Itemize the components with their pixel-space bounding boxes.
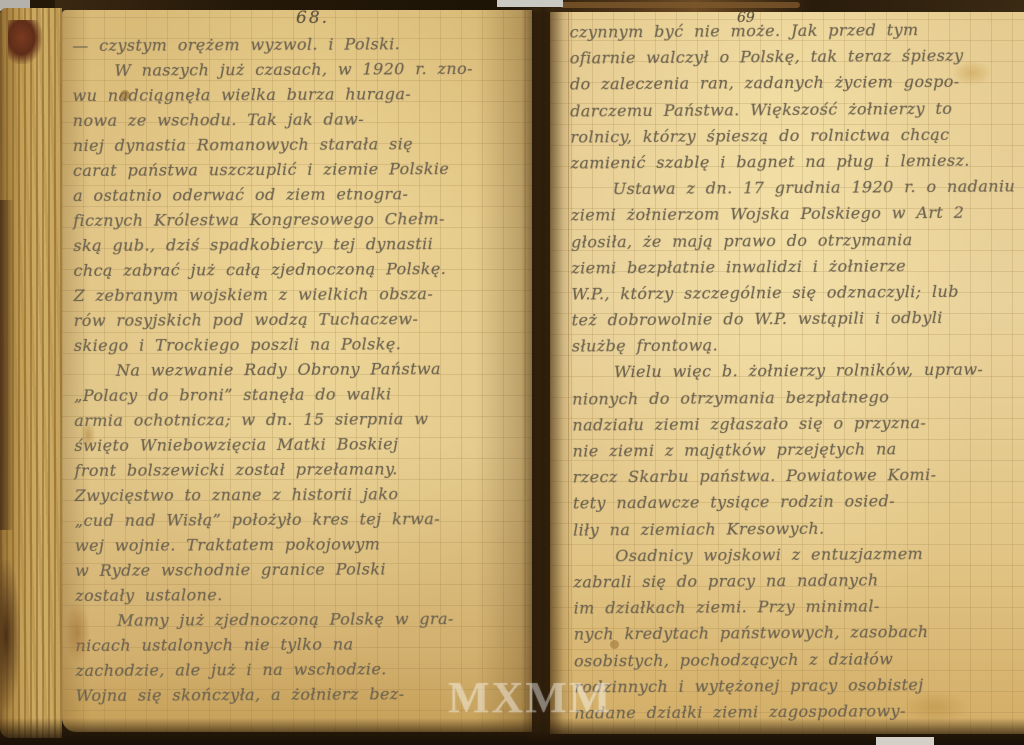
handwritten-line: zachodzie, ale już i na wschodzie. (76, 656, 477, 683)
handwritten-line: zamienić szablę i bagnet na pług i lemie… (570, 147, 1015, 176)
handwritten-line: skiego i Trockiego poszli na Polskę. (74, 331, 475, 358)
handwritten-line: wu nadciągnęła wielka burza huraga- (72, 81, 473, 108)
archive-watermark: MXMM (448, 672, 612, 723)
handwritten-line: osobistych, pochodzących z działów (574, 645, 1019, 674)
handwritten-line: ską gub., dziś spadkobiercy tej dynastii (73, 231, 474, 258)
handwritten-line: „cud nad Wisłą” położyło kres tej krwa- (75, 506, 476, 533)
handwritten-line: głosiła, że mają prawo do otrzymania (571, 226, 1016, 255)
handwritten-line: Wojna się skończyła, a żołnierz bez- (76, 681, 477, 708)
handwritten-line: zostały ustalone. (75, 581, 476, 608)
handwritten-line: ziemi bezpłatnie inwalidzi i żołnierze (571, 252, 1016, 281)
handwritten-line: W.P., którzy szczególnie się odznaczyli;… (571, 278, 1016, 307)
handwritten-line: rów rosyjskich pod wodzą Tuchaczew- (74, 306, 475, 333)
handwritten-line: im działkach ziemi. Przy minimal- (574, 593, 1019, 622)
handwritten-line: darczemu Państwa. Większość żołnierzy to (570, 95, 1015, 124)
background-sliver (497, 0, 563, 7)
handwritten-line: też dobrowolnie do W.P. wstąpili i odbyl… (572, 305, 1017, 334)
handwritten-line: nych kredytach państwowych, zasobach (574, 619, 1019, 648)
binding-tear (560, 2, 800, 8)
paper-stain (952, 60, 992, 86)
handwritten-line: front bolszewicki został przełamany. (74, 456, 475, 483)
background-sliver-bottom (876, 737, 934, 745)
handwritten-line: rolnicy, którzy śpieszą do rolnictwa chc… (570, 121, 1015, 150)
handwritten-line: nionych do otrzymania bezpłatnego (572, 383, 1017, 412)
handwritten-line: „Polacy do broni” stanęła do walki (74, 381, 475, 408)
handwritten-line: Zwycięstwo to znane z historii jako (75, 481, 476, 508)
page-edge-tear (8, 20, 42, 64)
right-page-handwriting: czynnym być nie może. Jak przed tymofiar… (570, 16, 1019, 726)
handwritten-line: święto Wniebowzięcia Matki Boskiej (74, 431, 475, 458)
handwritten-line: Z zebranym wojskiem z wielkich obsza- (74, 281, 475, 308)
margin-rule (568, 12, 569, 734)
handwritten-line: nadziału ziemi zgłaszało się o przyzna- (572, 409, 1017, 438)
handwritten-line: Wielu więc b. żołnierzy rolników, upraw- (572, 357, 1017, 386)
handwritten-line: a ostatnio oderwać od ziem etnogra- (73, 181, 474, 208)
handwritten-line: carat państwa uszczuplić i ziemie Polski… (73, 156, 474, 183)
handwritten-line: Osadnicy wojskowi z entuzjazmem (573, 540, 1018, 569)
handwritten-line: służbę frontową. (572, 331, 1017, 360)
handwritten-line: do zaleczenia ran, zadanych życiem gospo… (570, 69, 1015, 98)
paper-speck (120, 90, 130, 100)
handwritten-line: rzecz Skarbu państwa. Powiatowe Komi- (573, 462, 1018, 491)
handwritten-line: armia ochotnicza; w dn. 15 sierpnia w (74, 406, 475, 433)
paper-speck (610, 640, 619, 649)
handwritten-line: nowa ze wschodu. Tak jak daw- (73, 106, 474, 133)
handwritten-line: liły na ziemiach Kresowych. (573, 514, 1018, 543)
handwritten-line: ofiarnie walczył o Polskę, tak teraz śpi… (570, 43, 1015, 72)
handwritten-line: W naszych już czasach, w 1920 r. zno- (72, 56, 473, 83)
handwritten-line: Ustawa z dn. 17 grudnia 1920 r. o nadani… (571, 174, 1016, 203)
handwritten-line: nie ziemi z majątków przejętych na (572, 435, 1017, 464)
gutter-shadow (521, 8, 563, 740)
page-edge-shadow (0, 200, 14, 530)
handwritten-line: Na wezwanie Rady Obrony Państwa (74, 356, 475, 383)
handwritten-line: tety nadawcze tysiące rodzin osied- (573, 488, 1018, 517)
handwritten-line: w Rydze wschodnie granice Polski (75, 556, 476, 583)
handwritten-line: wej wojnie. Traktatem pokojowym (75, 531, 476, 558)
diary-photo: 68. 69 — czystym orężem wyzwol. i Polski… (0, 0, 1024, 745)
paper-stain (64, 600, 90, 664)
handwritten-line: ziemi żołnierzom Wojska Polskiego w Art … (571, 200, 1016, 229)
paper-stain (80, 420, 96, 450)
page-number-left: 68. (296, 8, 329, 28)
left-page-handwriting: — czystym orężem wyzwol. i Polski. W nas… (72, 31, 476, 708)
page-edge-shadow-bottom (0, 560, 20, 710)
handwritten-line: chcą zabrać już całą zjednoczoną Polskę. (73, 256, 474, 283)
handwritten-line: niej dynastia Romanowych starała się (73, 131, 474, 158)
handwritten-line: czynnym być nie może. Jak przed tym (570, 16, 1015, 45)
handwritten-line: Mamy już zjednoczoną Polskę w gra- (75, 606, 476, 633)
handwritten-line: — czystym orężem wyzwol. i Polski. (72, 31, 473, 58)
handwritten-line: nicach ustalonych nie tylko na (75, 631, 476, 658)
handwritten-line: zabrali się do pracy na nadanych (573, 566, 1018, 595)
handwritten-line: ficznych Królestwa Kongresowego Chełm- (73, 206, 474, 233)
